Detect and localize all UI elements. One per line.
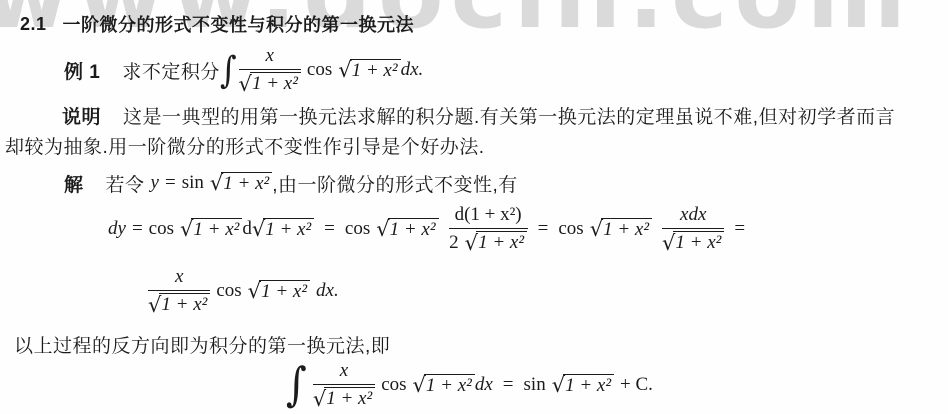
note-text-1: 这是一典型的用第一换元法求解的积分题.有关第一换元法的定理虽说不难,但对初学者而…: [123, 102, 895, 129]
sqrt-radicand: 1 + x²: [191, 218, 242, 241]
sqrt-expression: √1 + x²: [210, 172, 272, 195]
equals-sign: =: [503, 374, 514, 396]
dy-term: dy: [108, 218, 126, 240]
sqrt-radicand: 1 + x²: [601, 218, 652, 241]
fraction-denominator: √1 + x²: [662, 229, 724, 254]
cos-operator: cos: [307, 59, 332, 81]
example-prompt: 求不定积分: [122, 57, 220, 84]
sqrt-expression: √1 + x²: [248, 280, 310, 303]
solution-line: 解 若令 y = sin √1 + x² ,由一阶微分的形式不变性,有: [64, 168, 518, 198]
sqrt-radicand: 1 + x²: [250, 72, 301, 95]
fraction-numerator: x: [266, 45, 274, 67]
sqrt-radicand: 1 + x²: [159, 293, 210, 316]
integral-sign: ∫: [220, 52, 237, 89]
sqrt-expression: √1 + x²: [313, 387, 375, 410]
cos-operator: cos: [149, 218, 174, 240]
sqrt-radicand: 1 + x²: [673, 231, 724, 254]
coefficient-two: 2: [449, 232, 459, 254]
derivation-continuation: x √1 + x² cos √1 + x² dx.: [148, 262, 339, 320]
fraction-denominator: √1 + x²: [148, 291, 210, 316]
constant-term: + C.: [620, 374, 653, 396]
cos-operator: cos: [216, 280, 241, 302]
sqrt-expression: √1 + x²: [239, 72, 301, 95]
note-line-1: 说明 这是一典型的用第一换元法求解的积分题.有关第一换元法的定理虽说不难,但对初…: [62, 102, 895, 129]
closing-text: 以上过程的反方向即为积分的第一换元法,即: [14, 331, 390, 358]
heading-title: 一阶微分的形式不变性与积分的第一换元法: [63, 11, 415, 37]
dx-differential: dx.: [401, 59, 424, 81]
example-line: 例 1 求不定积分 ∫ x √1 + x² cos √1 + x² dx.: [64, 46, 423, 94]
section-heading: 2.1 一阶微分的形式不变性与积分的第一换元法: [20, 11, 414, 37]
solution-lead: 若令: [106, 170, 145, 197]
equals-sign: =: [734, 218, 745, 240]
solution-label: 解: [64, 170, 84, 197]
sqrt-expression: √1 + x²: [180, 218, 242, 241]
sqrt-expression: √1 + x²: [338, 59, 400, 82]
sqrt-radicand: 1 + x²: [424, 374, 475, 397]
fraction-numerator: d(1 + x²): [455, 204, 522, 226]
equals-sign: =: [538, 218, 549, 240]
sqrt-expression: √1 + x²: [252, 218, 314, 241]
sqrt-radicand: 1 + x²: [221, 172, 272, 195]
fraction-xdx: xdx √1 + x²: [662, 204, 724, 254]
integral-sign: ∫: [286, 362, 307, 408]
cos-operator: cos: [558, 218, 583, 240]
closing-line: 以上过程的反方向即为积分的第一换元法,即: [14, 331, 390, 358]
sqrt-radicand: 1 + x²: [324, 387, 375, 410]
sqrt-expression: √1 + x²: [465, 231, 527, 254]
cos-operator: cos: [381, 374, 406, 396]
d-operator: d: [242, 218, 252, 240]
sqrt-expression: √1 + x²: [413, 374, 475, 397]
derivation-equation: dy = cos √1 + x² d √1 + x² = cos √1 + x²…: [108, 201, 745, 257]
note-line-2: 却较为抽象.用一阶微分的形式不变性作引导是个好办法.: [5, 132, 485, 159]
fraction-x-over-sqrt: x √1 + x²: [239, 45, 301, 95]
sqrt-expression: √1 + x²: [590, 218, 652, 241]
var-y: y: [151, 172, 159, 194]
sqrt-expression: √1 + x²: [662, 231, 724, 254]
fraction-x-over-sqrt: x √1 + x²: [313, 360, 375, 410]
sqrt-radicand: 1 + x²: [476, 231, 527, 254]
sqrt-radicand: 1 + x²: [259, 280, 310, 303]
note-label: 说明: [62, 102, 101, 129]
example-label: 例 1: [64, 57, 100, 84]
sqrt-radicand: 1 + x²: [263, 218, 314, 241]
sqrt-expression: √1 + x²: [552, 374, 614, 397]
fraction-denominator: 2 √1 + x²: [449, 229, 528, 254]
equals-sign: =: [132, 218, 143, 240]
sqrt-radicand: 1 + x²: [563, 374, 614, 397]
fraction-x-over-sqrt: x √1 + x²: [148, 266, 210, 316]
heading-number: 2.1: [20, 14, 47, 35]
sqrt-expression: √1 + x²: [148, 293, 210, 316]
result-equation: ∫ x √1 + x² cos √1 + x² dx = sin √1 + x²…: [286, 356, 653, 414]
fraction-numerator: x: [175, 266, 183, 288]
fraction-numerator: x: [340, 360, 348, 382]
solution-tail: ,由一阶微分的形式不变性,有: [272, 170, 518, 197]
fraction-differential: d(1 + x²) 2 √1 + x²: [449, 204, 528, 254]
equals-sign: =: [165, 172, 176, 194]
equals-sign: =: [324, 218, 335, 240]
dx-differential: dx: [475, 374, 493, 396]
document-page: www.docin.com 2.1 一阶微分的形式不变性与积分的第一换元法 例 …: [0, 0, 948, 414]
sqrt-expression: √1 + x²: [376, 218, 438, 241]
dx-differential: dx.: [316, 280, 339, 302]
fraction-denominator: √1 + x²: [313, 385, 375, 410]
sqrt-radicand: 1 + x²: [350, 59, 401, 82]
fraction-numerator: xdx: [680, 204, 706, 226]
cos-operator: cos: [345, 218, 370, 240]
sin-operator: sin: [182, 172, 204, 194]
fraction-denominator: √1 + x²: [239, 70, 301, 95]
sqrt-radicand: 1 + x²: [388, 218, 439, 241]
note-text-2: 却较为抽象.用一阶微分的形式不变性作引导是个好办法.: [5, 132, 485, 159]
sin-operator: sin: [524, 374, 546, 396]
